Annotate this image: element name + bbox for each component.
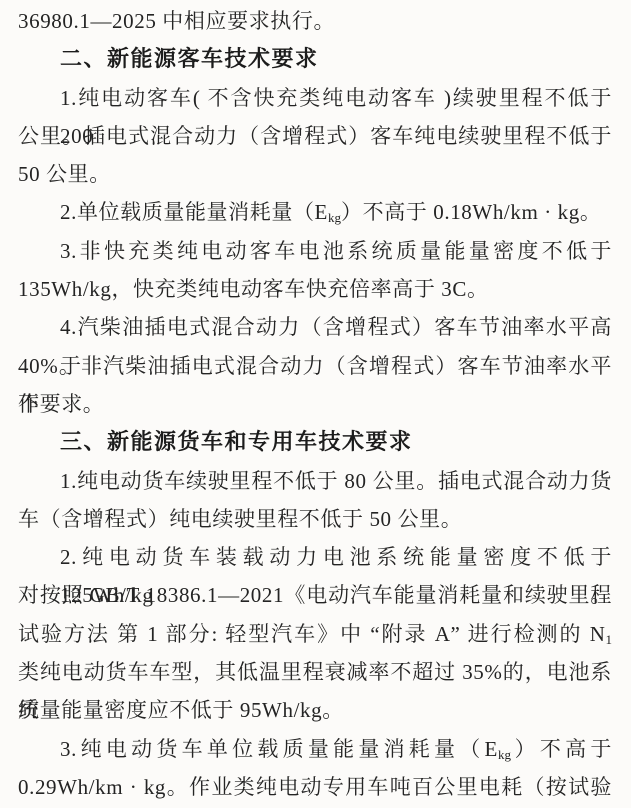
text-line: 2.单位载质量能量消耗量（Ekg）不高于 0.18Wh/km · kg。 — [18, 193, 612, 231]
text-line: 质量能量密度应不低于 95Wh/kg。 — [18, 691, 612, 729]
text-line: 公里。插电式混合动力（含增程式）客车纯电续驶里程不低于 — [18, 117, 612, 155]
text-line: 36980.1—2025 中相应要求执行。 — [18, 2, 612, 40]
text-line: 135Wh/kg，快充类纯电动客车快充倍率高于 3C。 — [18, 270, 612, 308]
section-heading: 三、新能源货车和专用车技术要求 — [18, 423, 612, 461]
text-line: 车（含增程式）纯电续驶里程不低于 50 公里。 — [18, 500, 612, 538]
text-line: 3.纯电动货车单位载质量能量消耗量（Ekg）不高于 — [18, 730, 612, 768]
text-line: 作要求。 — [18, 385, 612, 423]
text-line: 试验方法 第 1 部分: 轻型汽车》中 “附录 A” 进行检测的 N1 — [18, 615, 612, 653]
document-text-block: 36980.1—2025 中相应要求执行。二、新能源客车技术要求1.纯电动客车(… — [18, 2, 612, 806]
text-line: 50 公里。 — [18, 155, 612, 193]
text-line: 3.非快充类纯电动客车电池系统质量能量密度不低于 — [18, 232, 612, 270]
section-heading: 二、新能源客车技术要求 — [18, 40, 612, 78]
document-page: 36980.1—2025 中相应要求执行。二、新能源客车技术要求1.纯电动客车(… — [0, 0, 631, 808]
text-line: 40%。非汽柴油插电式混合动力（含增程式）客车节油率水平不 — [18, 347, 612, 385]
text-line: 类纯电动货车车型，其低温里程衰减率不超过 35%的，电池系统 — [18, 653, 612, 691]
text-line: 对按照 GB/T 18386.1—2021《电动汽车能量消耗量和续驶里程 — [18, 576, 612, 614]
text-line: 1.纯电动货车续驶里程不低于 80 公里。插电式混合动力货 — [18, 462, 612, 500]
text-line: 0.29Wh/km · kg。作业类纯电动专用车吨百公里电耗（按试验质 — [18, 768, 612, 806]
text-line: 4.汽柴油插电式混合动力（含增程式）客车节油率水平高于 — [18, 308, 612, 346]
text-line: 2.纯电动货车装载动力电池系统能量密度不低于 125Wh/kg。 — [18, 538, 612, 576]
text-line: 1.纯电动客车( 不含快充类纯电动客车 )续驶里程不低于 200 — [18, 79, 612, 117]
